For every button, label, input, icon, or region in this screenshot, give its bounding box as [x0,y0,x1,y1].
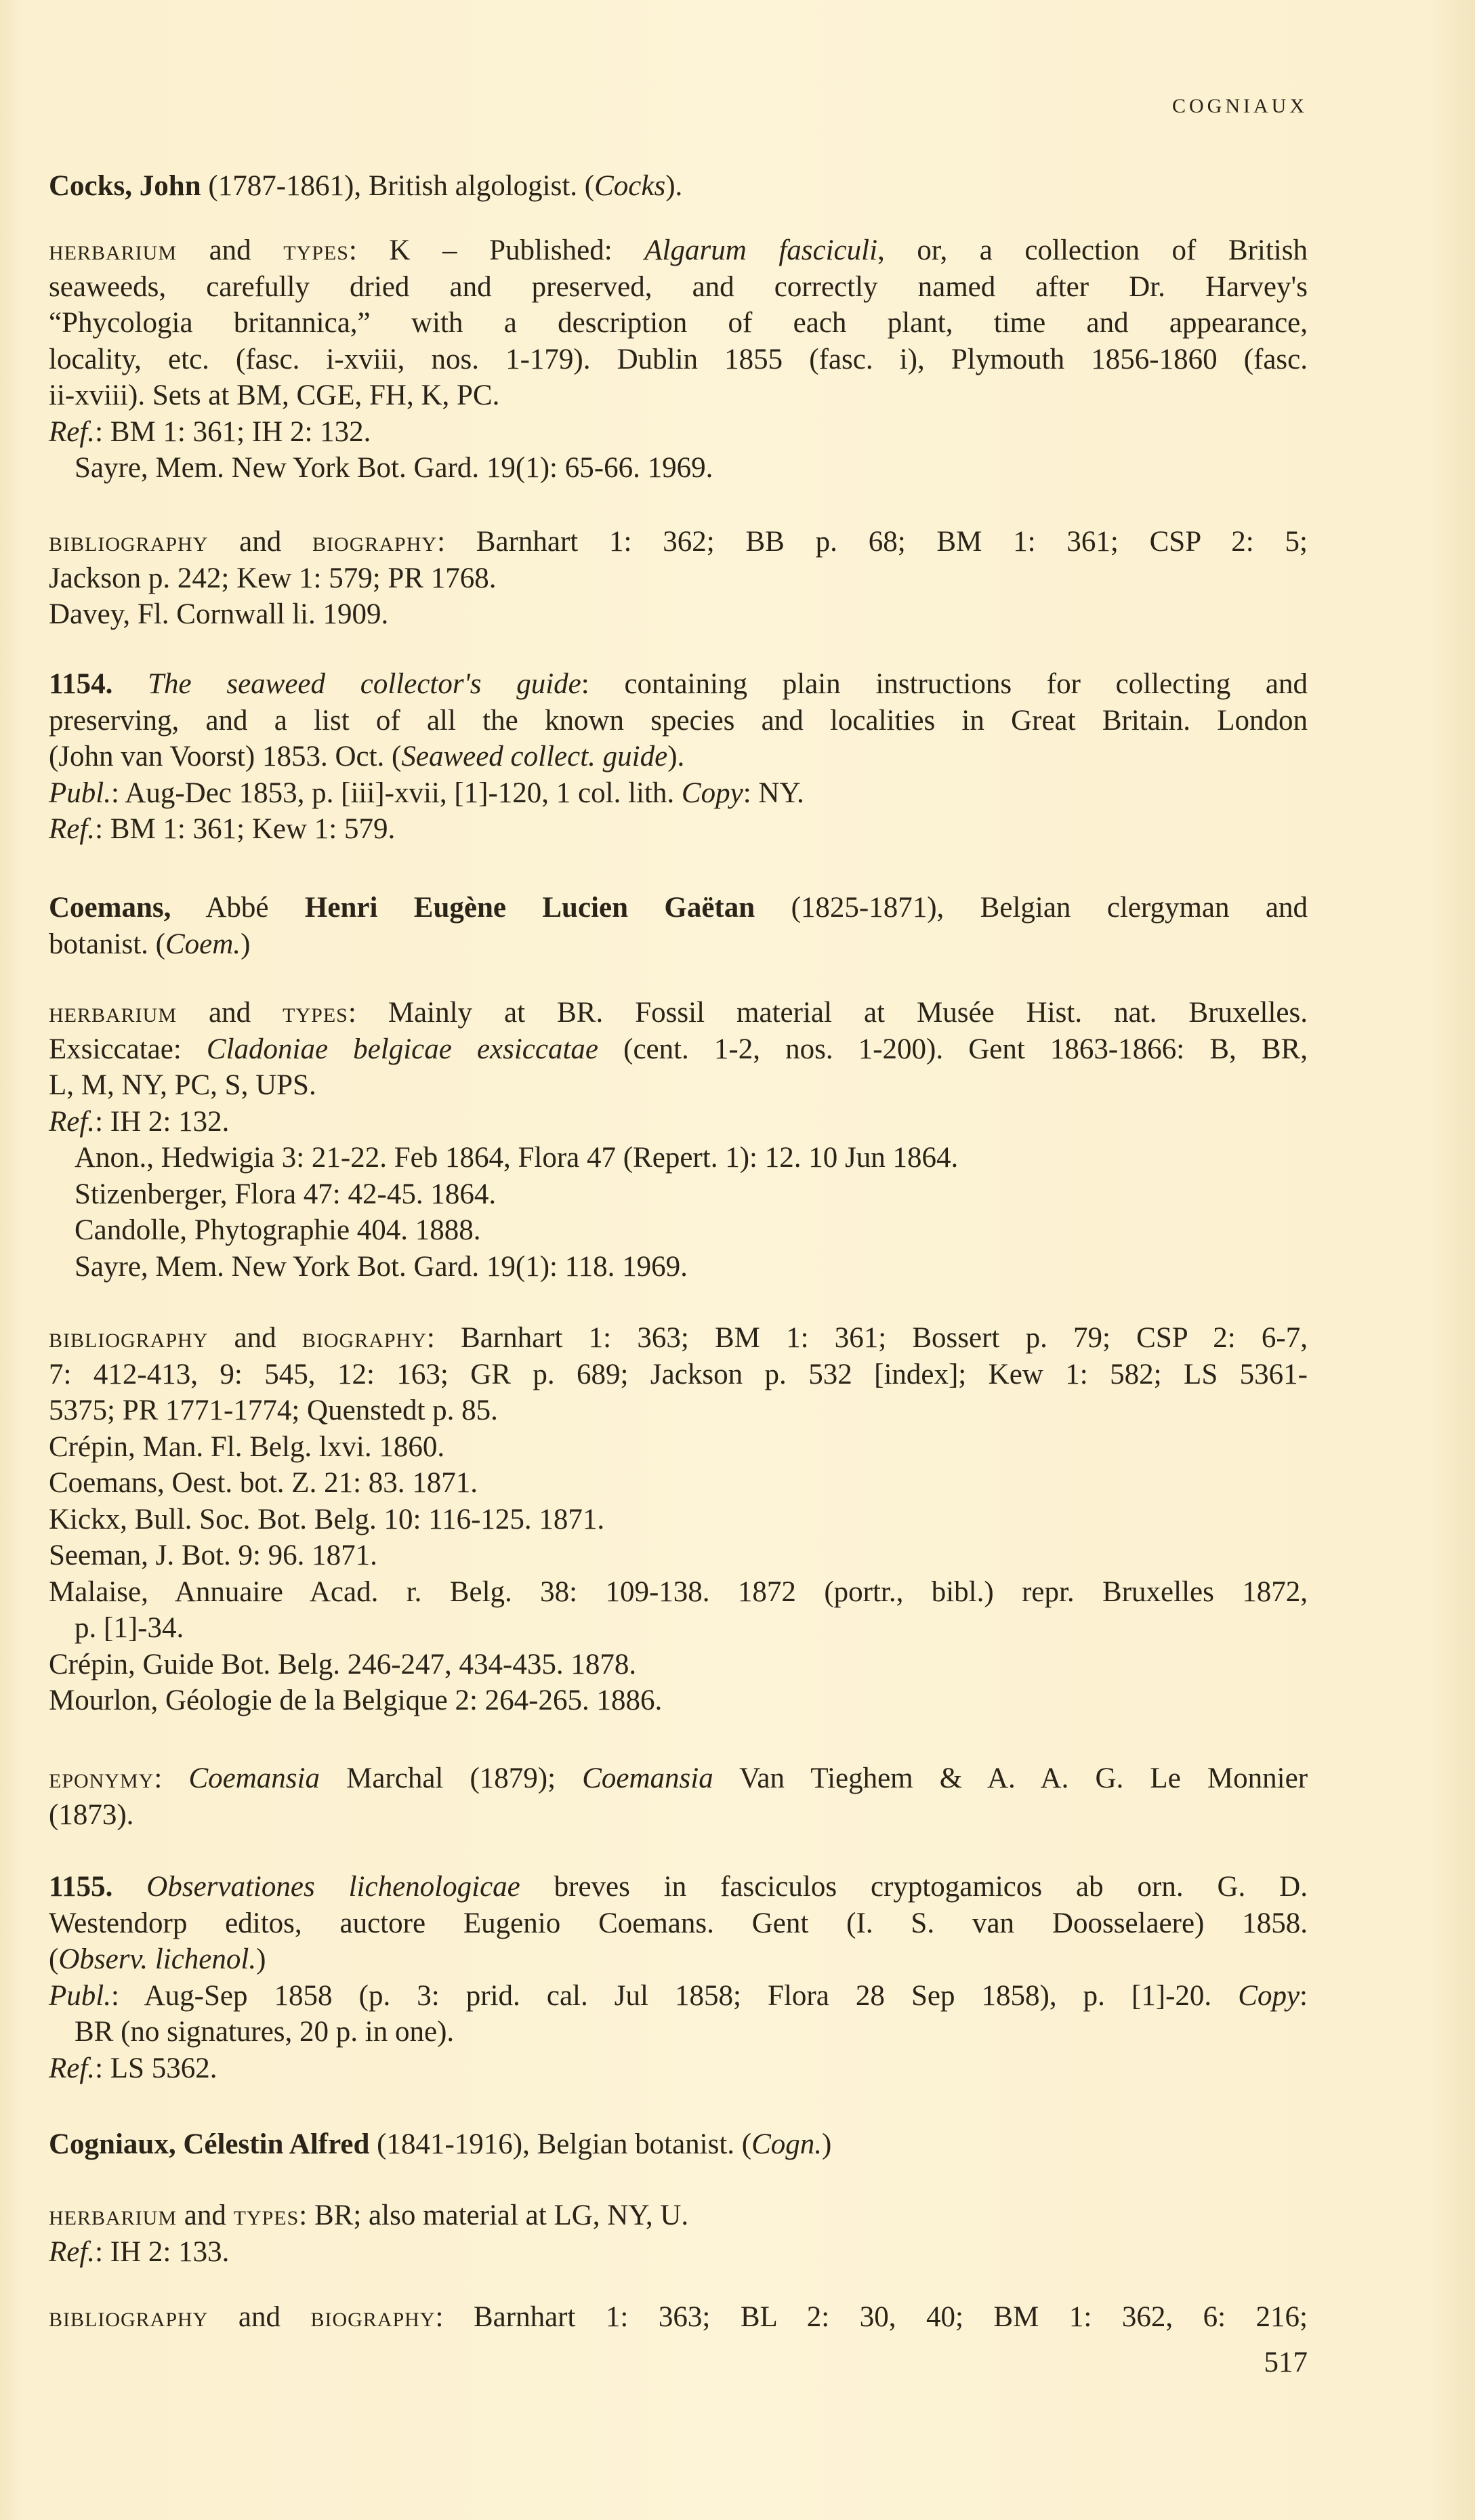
ref-line: Ref.: BM 1: 361; Kew 1: 579. [49,811,1308,848]
ref-line: Ref.: IH 2: 133. [49,2234,1308,2271]
ref-line: Mourlon, Géologie de la Belgique 2: 264-… [49,1682,1308,1719]
work-title: The seaweed collector's guide [148,668,581,700]
herbarium-section-cocks: herbarium and types: K – Published: Alga… [49,232,1308,487]
text-line: “Phycologia britannica,” with a descript… [49,305,1308,342]
work-number: 1155. [49,1871,112,1903]
author-abbrev: Cocks [594,170,665,202]
text-line: (Observ. lichenol.) [49,1941,1308,1978]
ref-line: Crépin, Guide Bot. Belg. 246-247, 434-43… [49,1647,1308,1683]
ref-line: Crépin, Man. Fl. Belg. lxvi. 1860. [49,1429,1308,1466]
ref-line: Coemans, Oest. bot. Z. 21: 83. 1871. [49,1465,1308,1502]
text-line: seaweeds, carefully dried and preserved,… [49,269,1308,306]
page-number: 517 [1264,2346,1308,2379]
text-line: bibliography and biography: Barnhart 1: … [49,1320,1308,1357]
text-line: 7: 412-413, 9: 545, 12: 163; GR p. 689; … [49,1357,1308,1393]
text-line: Jackson p. 242; Kew 1: 579; PR 1768. [49,560,1308,597]
text-line: herbarium and types: Mainly at BR. Fossi… [49,995,1308,1031]
text-line: herbarium and types: BR; also material a… [49,2197,1308,2234]
text-line: 5375; PR 1771-1774; Quenstedt p. 85. [49,1392,1308,1429]
text-line: herbarium and types: K – Published: Alga… [49,232,1308,269]
work-number: 1154. [49,668,112,700]
work-title: Observationes lichenologicae [146,1871,520,1903]
ref-line: Kickx, Bull. Soc. Bot. Belg. 10: 116-125… [49,1502,1308,1538]
ref-line: Stizenberger, Flora 47: 42-45. 1864. [49,1176,1308,1213]
bibliography-section-cogniaux: bibliography and biography: Barnhart 1: … [49,2299,1308,2336]
text-line: 1154. The seaweed collector's guide: con… [49,666,1308,703]
publ-line: BR (no signatures, 20 p. in one). [49,2014,1308,2050]
ref-line: p. [1]-34. [49,1610,1308,1647]
text-line: ii-xviii). Sets at BM, CGE, FH, K, PC. [49,377,1308,414]
ref-line: Seeman, J. Bot. 9: 96. 1871. [49,1537,1308,1574]
bibliography-section-coemans: bibliography and biography: Barnhart 1: … [49,1320,1308,1719]
text-line: (John van Voorst) 1853. Oct. (Seaweed co… [49,739,1308,775]
text-line: Davey, Fl. Cornwall li. 1909. [49,596,1308,633]
entry-heading-coemans: Coemans, Abbé Henri Eugène Lucien Gaëtan… [49,890,1308,962]
text-line: bibliography and biography: Barnhart 1: … [49,524,1308,560]
text-line: botanist. (Coem.) [49,926,1308,963]
text-line: bibliography and biography: Barnhart 1: … [49,2299,1308,2336]
ref-line: Malaise, Annuaire Acad. r. Belg. 38: 109… [49,1574,1308,1611]
text-line: 1155. Observationes lichenologicae breve… [49,1869,1308,1905]
text-line: locality, etc. (fasc. i-xviii, nos. 1-17… [49,342,1308,378]
author-name: Cocks, John [49,170,201,202]
ref-line: Sayre, Mem. New York Bot. Gard. 19(1): 6… [49,450,1308,487]
running-head: COGNIAUX [1172,95,1308,118]
text-line: (1873). [49,1797,1308,1834]
work-entry-1154: 1154. The seaweed collector's guide: con… [49,666,1308,848]
text-line: eponymy: Coemansia Marchal (1879); Coema… [49,1760,1308,1797]
entry-heading-cocks: Cocks, John (1787-1861), British algolog… [49,168,1308,205]
eponymy-section-coemans: eponymy: Coemansia Marchal (1879); Coema… [49,1760,1308,1833]
publ-line: Publ.: Aug-Dec 1853, p. [iii]-xvii, [1]-… [49,775,1308,812]
ref-line: Ref.: IH 2: 132. [49,1104,1308,1140]
work-entry-1155: 1155. Observationes lichenologicae breve… [49,1869,1308,2086]
ref-line: Ref.: BM 1: 361; IH 2: 132. [49,414,1308,451]
text-line: preserving, and a list of all the known … [49,703,1308,739]
ref-line: Anon., Hedwigia 3: 21-22. Feb 1864, Flor… [49,1140,1308,1176]
bibliography-section-cocks: bibliography and biography: Barnhart 1: … [49,524,1308,633]
text-line: Exsiccatae: Cladoniae belgicae exsiccata… [49,1031,1308,1068]
herbarium-section-cogniaux: herbarium and types: BR; also material a… [49,2197,1308,2270]
entry-heading-cogniaux: Cogniaux, Célestin Alfred (1841-1916), B… [49,2126,1308,2163]
ref-line: Candolle, Phytographie 404. 1888. [49,1212,1308,1249]
publ-line: Publ.: Aug-Sep 1858 (p. 3: prid. cal. Ju… [49,1978,1308,2015]
ref-line: Sayre, Mem. New York Bot. Gard. 19(1): 1… [49,1249,1308,1285]
herbarium-section-coemans: herbarium and types: Mainly at BR. Fossi… [49,995,1308,1285]
text-line: Westendorp editos, auctore Eugenio Coema… [49,1905,1308,1942]
text-line: L, M, NY, PC, S, UPS. [49,1067,1308,1104]
text-line: Coemans, Abbé Henri Eugène Lucien Gaëtan… [49,890,1308,926]
ref-line: Ref.: LS 5362. [49,2050,1308,2087]
